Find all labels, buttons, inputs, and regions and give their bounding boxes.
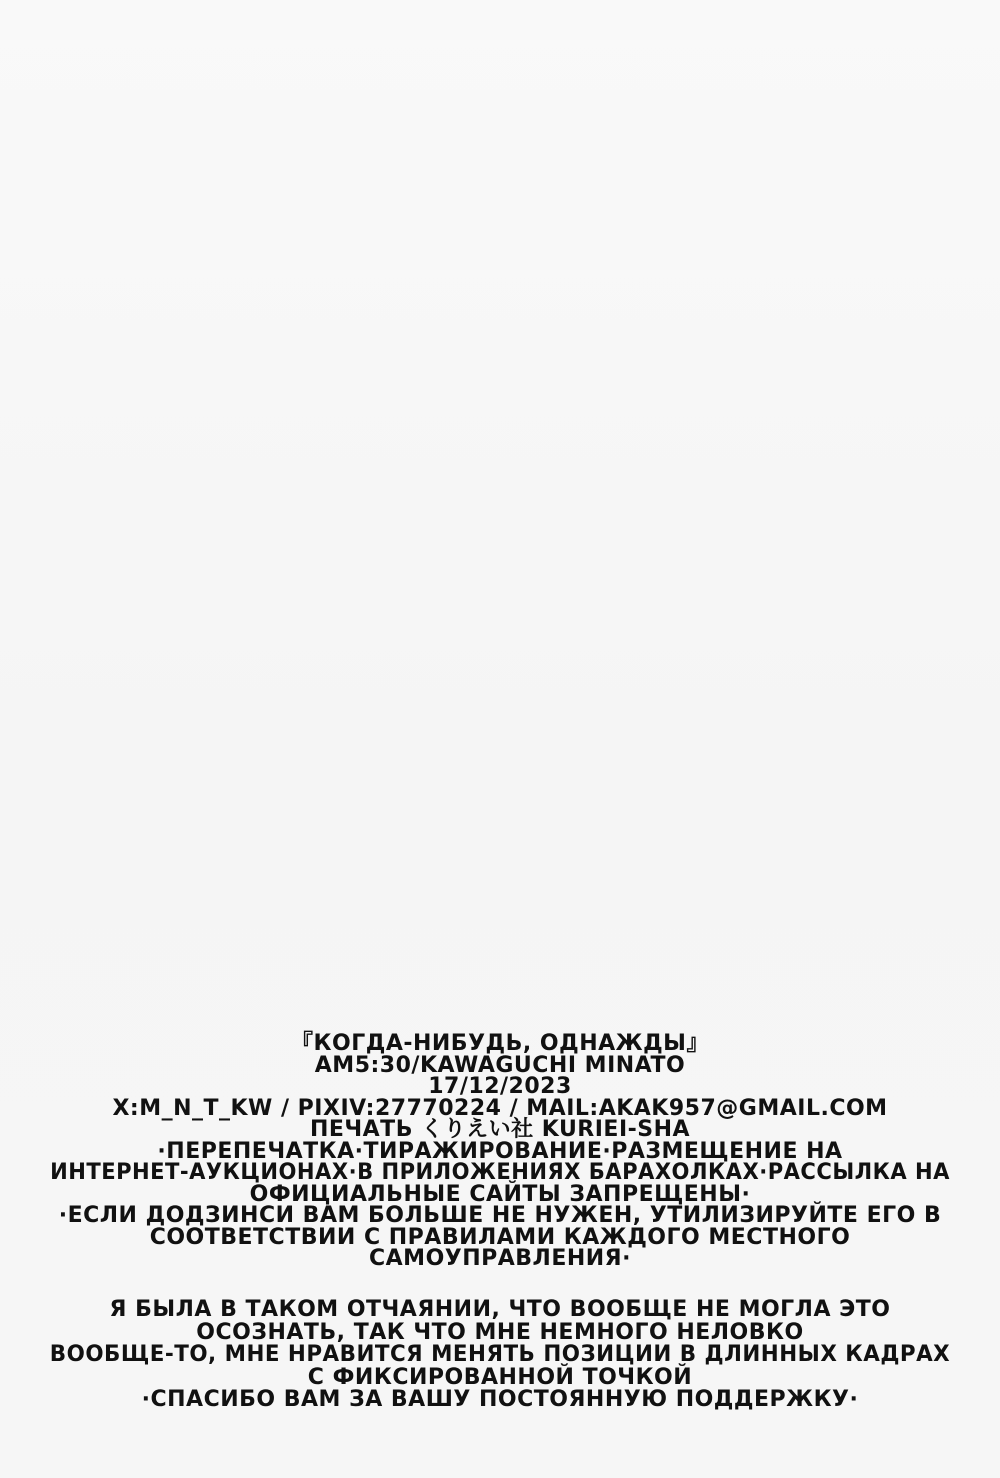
notice-line: ИНТЕРНЕТ-АУКЦИОНАХ·В ПРИЛОЖЕНИЯХ БАРАХОЛ… [21,1162,979,1184]
document-page: 『КОГДА-НИБУДЬ, ОДНАЖДЫ』 AM5:30/KAWAGUCHI… [0,0,1000,1478]
thanks-line: ·СПАСИБО ВАМ ЗА ВАШУ ПОСТОЯННУЮ ПОДДЕРЖК… [0,1389,1000,1412]
colophon: 『КОГДА-НИБУДЬ, ОДНАЖДЫ』 AM5:30/KAWAGUCHI… [0,1033,1000,1270]
contact-info: X:M_N_T_KW / PIXIV:27770224 / MAIL:AKAK9… [0,1098,1000,1120]
notice-line: ·ЕСЛИ ДОДЗИНСИ ВАМ БОЛЬШЕ НЕ НУЖЕН, УТИЛ… [0,1205,1000,1227]
afterword: Я БЫЛА В ТАКОМ ОТЧАЯНИИ, ЧТО ВООБЩЕ НЕ М… [0,1299,1000,1412]
book-title: 『КОГДА-НИБУДЬ, ОДНАЖДЫ』 [0,1033,1000,1055]
notice-line: САМОУПРАВЛЕНИЯ· [0,1248,1000,1270]
afterword-line: ВООБЩЕ-ТО, МНЕ НРАВИТСЯ МЕНЯТЬ ПОЗИЦИИ В… [13,1344,987,1367]
afterword-line: Я БЫЛА В ТАКОМ ОТЧАЯНИИ, ЧТО ВООБЩЕ НЕ М… [0,1299,1000,1322]
afterword-line: ОСОЗНАТЬ, ТАК ЧТО МНЕ НЕМНОГО НЕЛОВКО [0,1322,1000,1345]
notice-line: ОФИЦИАЛЬНЫЕ САЙТЫ ЗАПРЕЩЕНЫ· [0,1184,1000,1206]
notice-line: СООТВЕТСТВИИ С ПРАВИЛАМИ КАЖДОГО МЕСТНОГ… [0,1227,1000,1249]
publication-date: 17/12/2023 [0,1076,1000,1098]
notice-line: ·ПЕРЕПЕЧАТКА·ТИРАЖИРОВАНИЕ·РАЗМЕЩЕНИЕ НА [0,1141,1000,1163]
printer-info: ПЕЧАТЬ くりえい社 KURIEI-SHA [0,1119,1000,1141]
circle-author: AM5:30/KAWAGUCHI MINATO [0,1055,1000,1077]
afterword-line: С ФИКСИРОВАННОЙ ТОЧКОЙ [0,1367,1000,1390]
